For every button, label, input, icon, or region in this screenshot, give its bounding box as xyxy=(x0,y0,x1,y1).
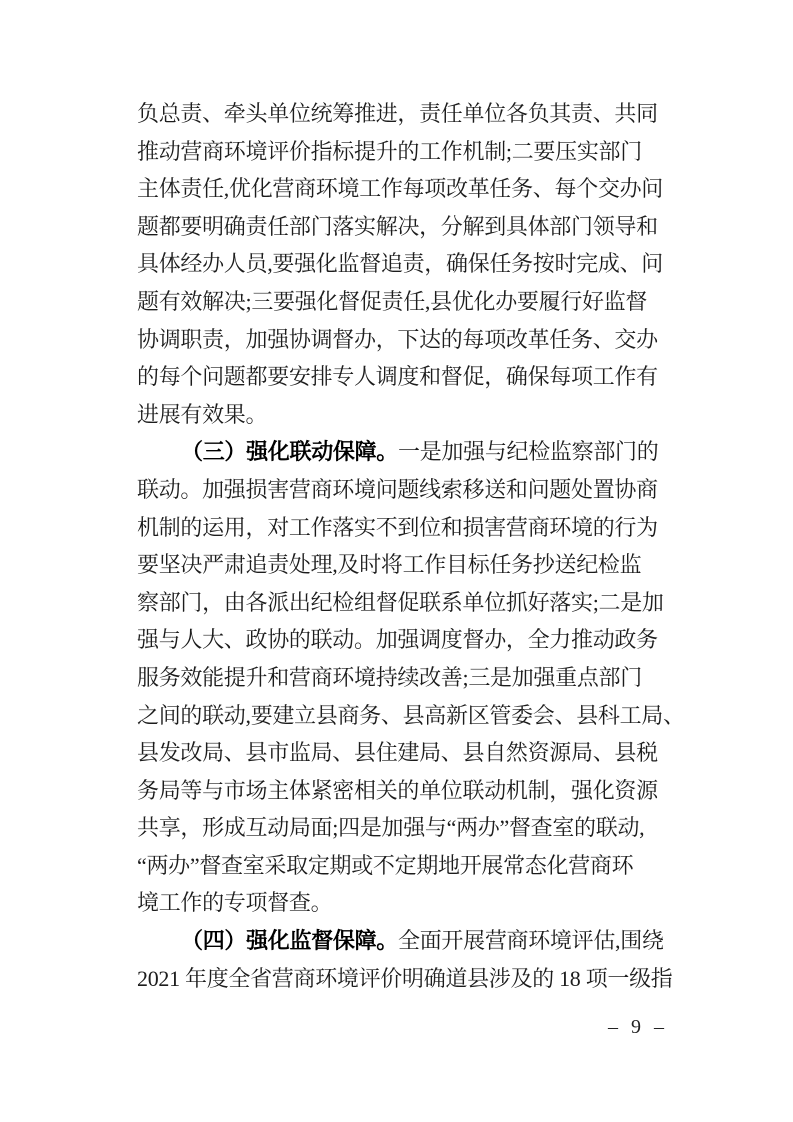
body-text: 推动营商环境评价指标提升的工作机制;二要压实部门 xyxy=(137,139,642,164)
text-line: 县发改局、县市监局、县住建局、县自然资源局、县税 xyxy=(137,734,677,772)
text-line: 联动。加强损害营商环境问题线索移送和问题处置协商 xyxy=(137,471,677,509)
body-text: 县发改局、县市监局、县住建局、县自然资源局、县税 xyxy=(137,740,658,765)
text-line: 进展有效果。 xyxy=(137,396,677,434)
body-text: 之间的联动,要建立县商务、县高新区管委会、县科工局、 xyxy=(137,703,685,728)
body-text: 察部门，由各派出纪检组督促联系单位抓好落实;二是加 xyxy=(137,590,664,615)
text-line: 负总责、牵头单位统筹推进，责任单位各负其责、共同 xyxy=(137,95,677,133)
body-text: 境工作的专项督查。 xyxy=(137,890,332,915)
text-line: 要坚决严肃追责处理,及时将工作目标任务抄送纪检监 xyxy=(137,546,677,584)
body-text: 共享，形成互动局面;四是加强与“两办”督查室的联动, xyxy=(137,815,644,840)
body-text: 负总责、牵头单位统筹推进，责任单位各负其责、共同 xyxy=(137,101,658,126)
text-line: 强与人大、政协的联动。加强调度督办，全力推动政务 xyxy=(137,621,677,659)
text-line: 务局等与市场主体紧密相关的单位联动机制，强化资源 xyxy=(137,772,677,810)
text-line: 具体经办人员,要强化监督追责，确保任务按时完成、问 xyxy=(137,245,677,283)
body-text: 强与人大、政协的联动。加强调度督办，全力推动政务 xyxy=(137,627,658,652)
text-line: “两办”督查室采取定期或不定期地开展常态化营商环 xyxy=(137,847,677,885)
body-text: 协调职责，加强协调督办，下达的每项改革任务、交办 xyxy=(137,327,658,352)
body-text: 联动。加强损害营商环境问题线索移送和问题处置协商 xyxy=(137,477,658,502)
body-text: 服务效能提升和营商环境持续改善;三是加强重点部门 xyxy=(137,665,642,690)
text-block: 负总责、牵头单位统筹推进，责任单位各负其责、共同推动营商环境评价指标提升的工作机… xyxy=(137,95,677,997)
text-line: 题有效解决;三要强化督促责任,县优化办要履行好监督 xyxy=(137,283,677,321)
body-text: 主体责任,优化营商环境工作每项改革任务、每个交办问 xyxy=(137,176,663,201)
page-number: – 9 – xyxy=(608,1014,668,1040)
text-line: 推动营商环境评价指标提升的工作机制;二要压实部门 xyxy=(137,133,677,171)
body-text: 要坚决严肃追责处理,及时将工作目标任务抄送纪检监 xyxy=(137,552,641,577)
text-line: 题都要明确责任部门落实解决，分解到具体部门领导和 xyxy=(137,208,677,246)
text-line: 服务效能提升和营商环境持续改善;三是加强重点部门 xyxy=(137,659,677,697)
text-line: 的每个问题都要安排专人调度和督促，确保每项工作有 xyxy=(137,358,677,396)
section-heading: （四）强化监督保障。 xyxy=(181,928,398,953)
text-line: 2021 年度全省营商环境评价明确道县涉及的 18 项一级指 xyxy=(137,960,677,998)
body-text: 一是加强与纪检监察部门的 xyxy=(398,439,658,464)
document-page: 负总责、牵头单位统筹推进，责任单位各负其责、共同推动营商环境评价指标提升的工作机… xyxy=(0,0,793,1122)
body-text: 务局等与市场主体紧密相关的单位联动机制，强化资源 xyxy=(137,778,658,803)
heading-line: （四）强化监督保障。全面开展营商环境评估,围绕 xyxy=(137,922,677,960)
text-line: 之间的联动,要建立县商务、县高新区管委会、县科工局、 xyxy=(137,697,677,735)
text-line: 协调职责，加强协调督办，下达的每项改革任务、交办 xyxy=(137,321,677,359)
body-text: 的每个问题都要安排专人调度和督促，确保每项工作有 xyxy=(137,364,658,389)
body-text: 全面开展营商环境评估,围绕 xyxy=(398,928,664,953)
text-line: 共享，形成互动局面;四是加强与“两办”督查室的联动, xyxy=(137,809,677,847)
text-line: 主体责任,优化营商环境工作每项改革任务、每个交办问 xyxy=(137,170,677,208)
text-line: 境工作的专项督查。 xyxy=(137,884,677,922)
body-text: 机制的运用，对工作落实不到位和损害营商环境的行为 xyxy=(137,515,658,540)
section-heading: （三）强化联动保障。 xyxy=(181,439,398,464)
body-text: 题都要明确责任部门落实解决，分解到具体部门领导和 xyxy=(137,214,658,239)
body-text: 2021 年度全省营商环境评价明确道县涉及的 18 项一级指 xyxy=(137,966,673,991)
body-text: 进展有效果。 xyxy=(137,402,267,427)
text-line: 机制的运用，对工作落实不到位和损害营商环境的行为 xyxy=(137,509,677,547)
heading-line: （三）强化联动保障。一是加强与纪检监察部门的 xyxy=(137,433,677,471)
text-line: 察部门，由各派出纪检组督促联系单位抓好落实;二是加 xyxy=(137,584,677,622)
body-text: “两办”督查室采取定期或不定期地开展常态化营商环 xyxy=(137,853,633,878)
body-text: 题有效解决;三要强化督促责任,县优化办要履行好监督 xyxy=(137,289,647,314)
body-text: 具体经办人员,要强化监督追责，确保任务按时完成、问 xyxy=(137,251,663,276)
